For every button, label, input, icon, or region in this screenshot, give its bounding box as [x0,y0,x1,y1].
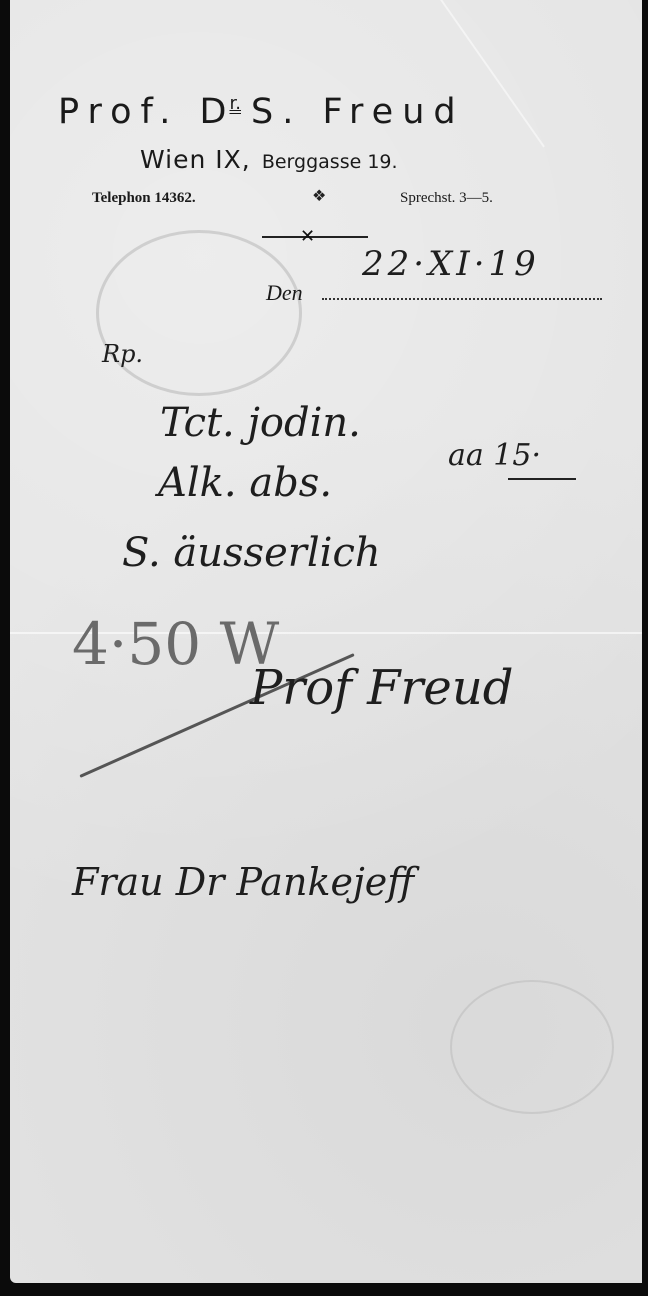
signature: Prof Freud [250,660,513,716]
street: Berggasse 19. [262,151,398,173]
city: Wien IX, [140,145,251,174]
date-dotted-line [322,298,602,300]
office-hours: Sprechst. 3—5. [400,190,493,207]
name-suffix: r. [230,93,241,114]
prescription-line-2: Alk. abs. [158,460,332,506]
divider-ornament-icon: ✕ [300,226,315,247]
prescription-line-1: Tct. jodin. [160,400,361,446]
date-label: Den [266,280,303,306]
letterhead-address: Wien IX, Berggasse 19. [140,145,398,174]
rp-label: Rp. [102,340,143,368]
name-prefix: Prof. D [58,92,236,132]
ornament-icon: ❖ [312,186,326,206]
prescription-dose: aa 15· [448,438,541,473]
name-rest: S. Freud [251,92,465,132]
patient-name: Frau Dr Pankejeff [72,860,414,904]
prescription-paper: Prof. Dr.S. Freud Wien IX, Berggasse 19.… [10,0,642,1283]
faint-stamp [96,230,302,396]
dose-underline [508,478,576,480]
letterhead-name: Prof. Dr.S. Freud [58,92,588,132]
faint-stamp-lower [450,980,614,1114]
date-value: 22·XI·19 [362,244,540,284]
prescription-line-3: S. äusserlich [122,530,381,576]
pencil-price-note: 4·50 W [72,610,279,678]
telephone: Telephon 14362. [92,190,196,207]
